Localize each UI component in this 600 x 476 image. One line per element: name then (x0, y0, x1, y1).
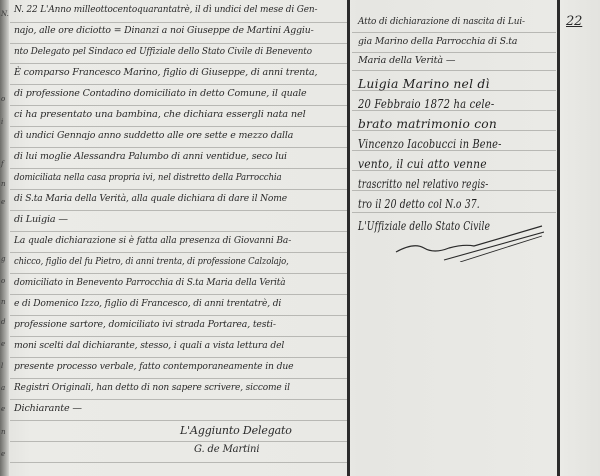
signature-title: L'Aggiunto Delegato (180, 424, 292, 437)
entry-line: di lui moglie Alessandra Palumbo di anni… (14, 151, 287, 162)
entry-line: moni scelti dal dichiarante, stesso, i q… (14, 340, 284, 351)
register-page: N. o i f n e g o n d e l a e n e N. 22 L… (0, 0, 600, 476)
entry-line: Dichiarante — (14, 403, 82, 414)
annotation-note-line: Vincenzo Iacobucci in Bene- (358, 136, 502, 151)
column-divider-right (557, 0, 560, 476)
entry-line: Registri Originali, han detto di non sap… (14, 382, 290, 393)
annotation-note-line: tro il 20 detto col N.o 37. (358, 196, 480, 211)
annotation-note-line: Luigia Marino nel dì (358, 76, 490, 91)
entry-line: di S.ta Maria della Verità, alla quale d… (14, 193, 287, 204)
entry-line: È comparso Francesco Marino, figlio di G… (14, 67, 317, 78)
signature-name: G. de Martini (194, 444, 259, 455)
page-number-column: 22 (562, 0, 600, 476)
margin-annotation: Atto di dichiarazione di nascita di Lui-… (354, 0, 554, 476)
annotation-heading-line: Atto di dichiarazione di nascita di Lui- (358, 16, 525, 27)
entry-line: najo, alle ore diciotto = Dinanzi a noi … (14, 25, 314, 36)
entry-line: domiciliato in Benevento Parrocchia di S… (14, 277, 285, 288)
entry-line: dì undici Gennajo anno suddetto alle ore… (14, 130, 293, 141)
column-divider-left (347, 0, 350, 476)
entry-line: domiciliata nella casa propria ivi, nel … (14, 172, 282, 183)
entry-line: chicco, figlio del fu Pietro, di anni tr… (14, 256, 289, 267)
entry-line: ci ha presentato una bambina, che dichia… (14, 109, 306, 120)
entry-line: e di Domenico Izzo, figlio di Francesco,… (14, 298, 281, 309)
page-number: 22 (566, 14, 582, 29)
annotation-note-line: vento, il cui atto venne (358, 156, 487, 171)
signature-flourish-icon (394, 222, 544, 262)
entry-line: professione sartore, domiciliato ivi str… (14, 319, 276, 330)
annotation-heading-line: gia Marino della Parrocchia di S.ta (358, 36, 517, 47)
annotation-note-line: 20 Febbraio 1872 ha cele- (358, 96, 494, 111)
entry-line: La quale dichiarazione si è fatta alla p… (14, 235, 291, 246)
entry-line: N. 22 L'Anno milleottocentoquarantatrè, … (14, 4, 317, 15)
annotation-note-line: trascritto nel relativo regis- (358, 176, 488, 191)
entry-line: di Luigia — (14, 214, 68, 225)
annotation-heading-line: Maria della Verità — (358, 55, 455, 66)
annotation-note-line: brato matrimonio con (358, 116, 497, 131)
main-entry: N. 22 L'Anno milleottocentoquarantatrè, … (12, 0, 346, 476)
entry-line: nto Delegato pel Sindaco ed Uffiziale de… (14, 46, 312, 57)
entry-line: di professione Contadino domiciliato in … (14, 88, 306, 99)
entry-line: presente processo verbale, fatto contemp… (14, 361, 293, 372)
